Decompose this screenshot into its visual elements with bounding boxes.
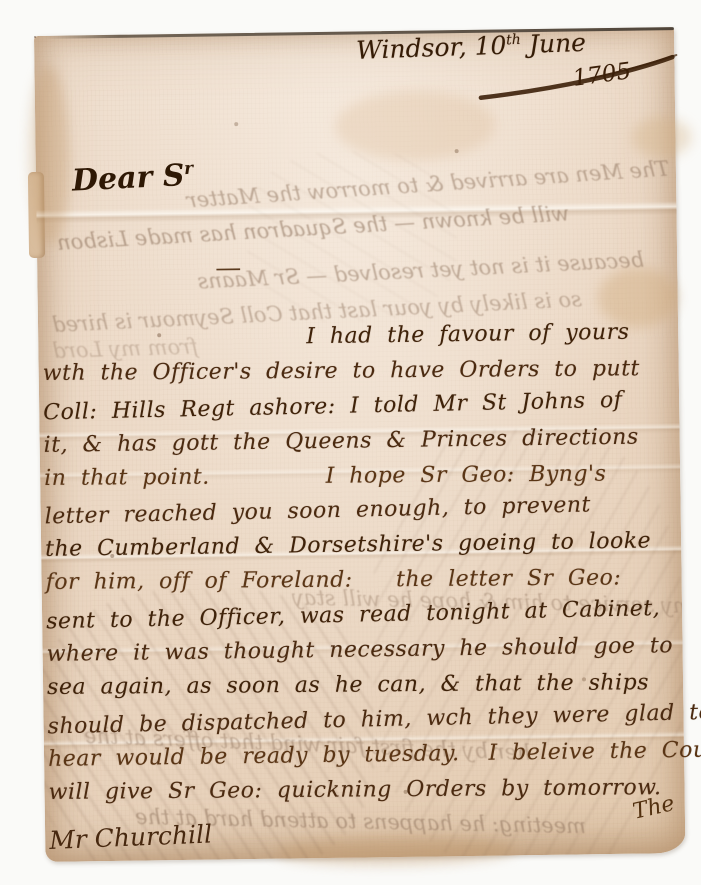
letter-paper: The Men are arrived & to morrow the Matt… [34, 27, 685, 862]
letter-body: I had the favour of yours wth the Office… [42, 315, 679, 812]
paper-stain [335, 90, 496, 162]
body-line: will give Sr Geo: quickning Orders by to… [48, 771, 678, 811]
ordinal-suffix: th [506, 32, 521, 49]
bleedthrough-line: will be known — the Squadron has made Li… [56, 201, 569, 254]
separator-dash: — [215, 253, 243, 283]
dateline-year: 1705 [571, 58, 633, 92]
bleedthrough-strokes [246, 150, 458, 323]
paper-stain [631, 117, 692, 158]
foxing-spots [34, 36, 36, 38]
paper-stain [275, 835, 515, 866]
bleedthrough-line: The Men are arrived & to morrow the Matt… [186, 157, 670, 213]
salutation: Dear Sr [71, 158, 194, 199]
salutation-text: Dear S [71, 158, 185, 198]
bleedthrough-line: because it is not yet resolved — Sr Maan… [197, 248, 645, 294]
salutation-superscript: r [184, 159, 194, 179]
dateline-month: June [520, 28, 586, 59]
fold-crease [36, 201, 676, 224]
dateline-place-day: Windsor, 10 [356, 31, 507, 65]
paper-edge-tab [28, 172, 45, 258]
dateline: Windsor, 10th June [356, 28, 587, 65]
recipient-name: Mr Churchill [49, 819, 213, 855]
scanned-letter-scene: The Men are arrived & to morrow the Matt… [0, 0, 701, 885]
